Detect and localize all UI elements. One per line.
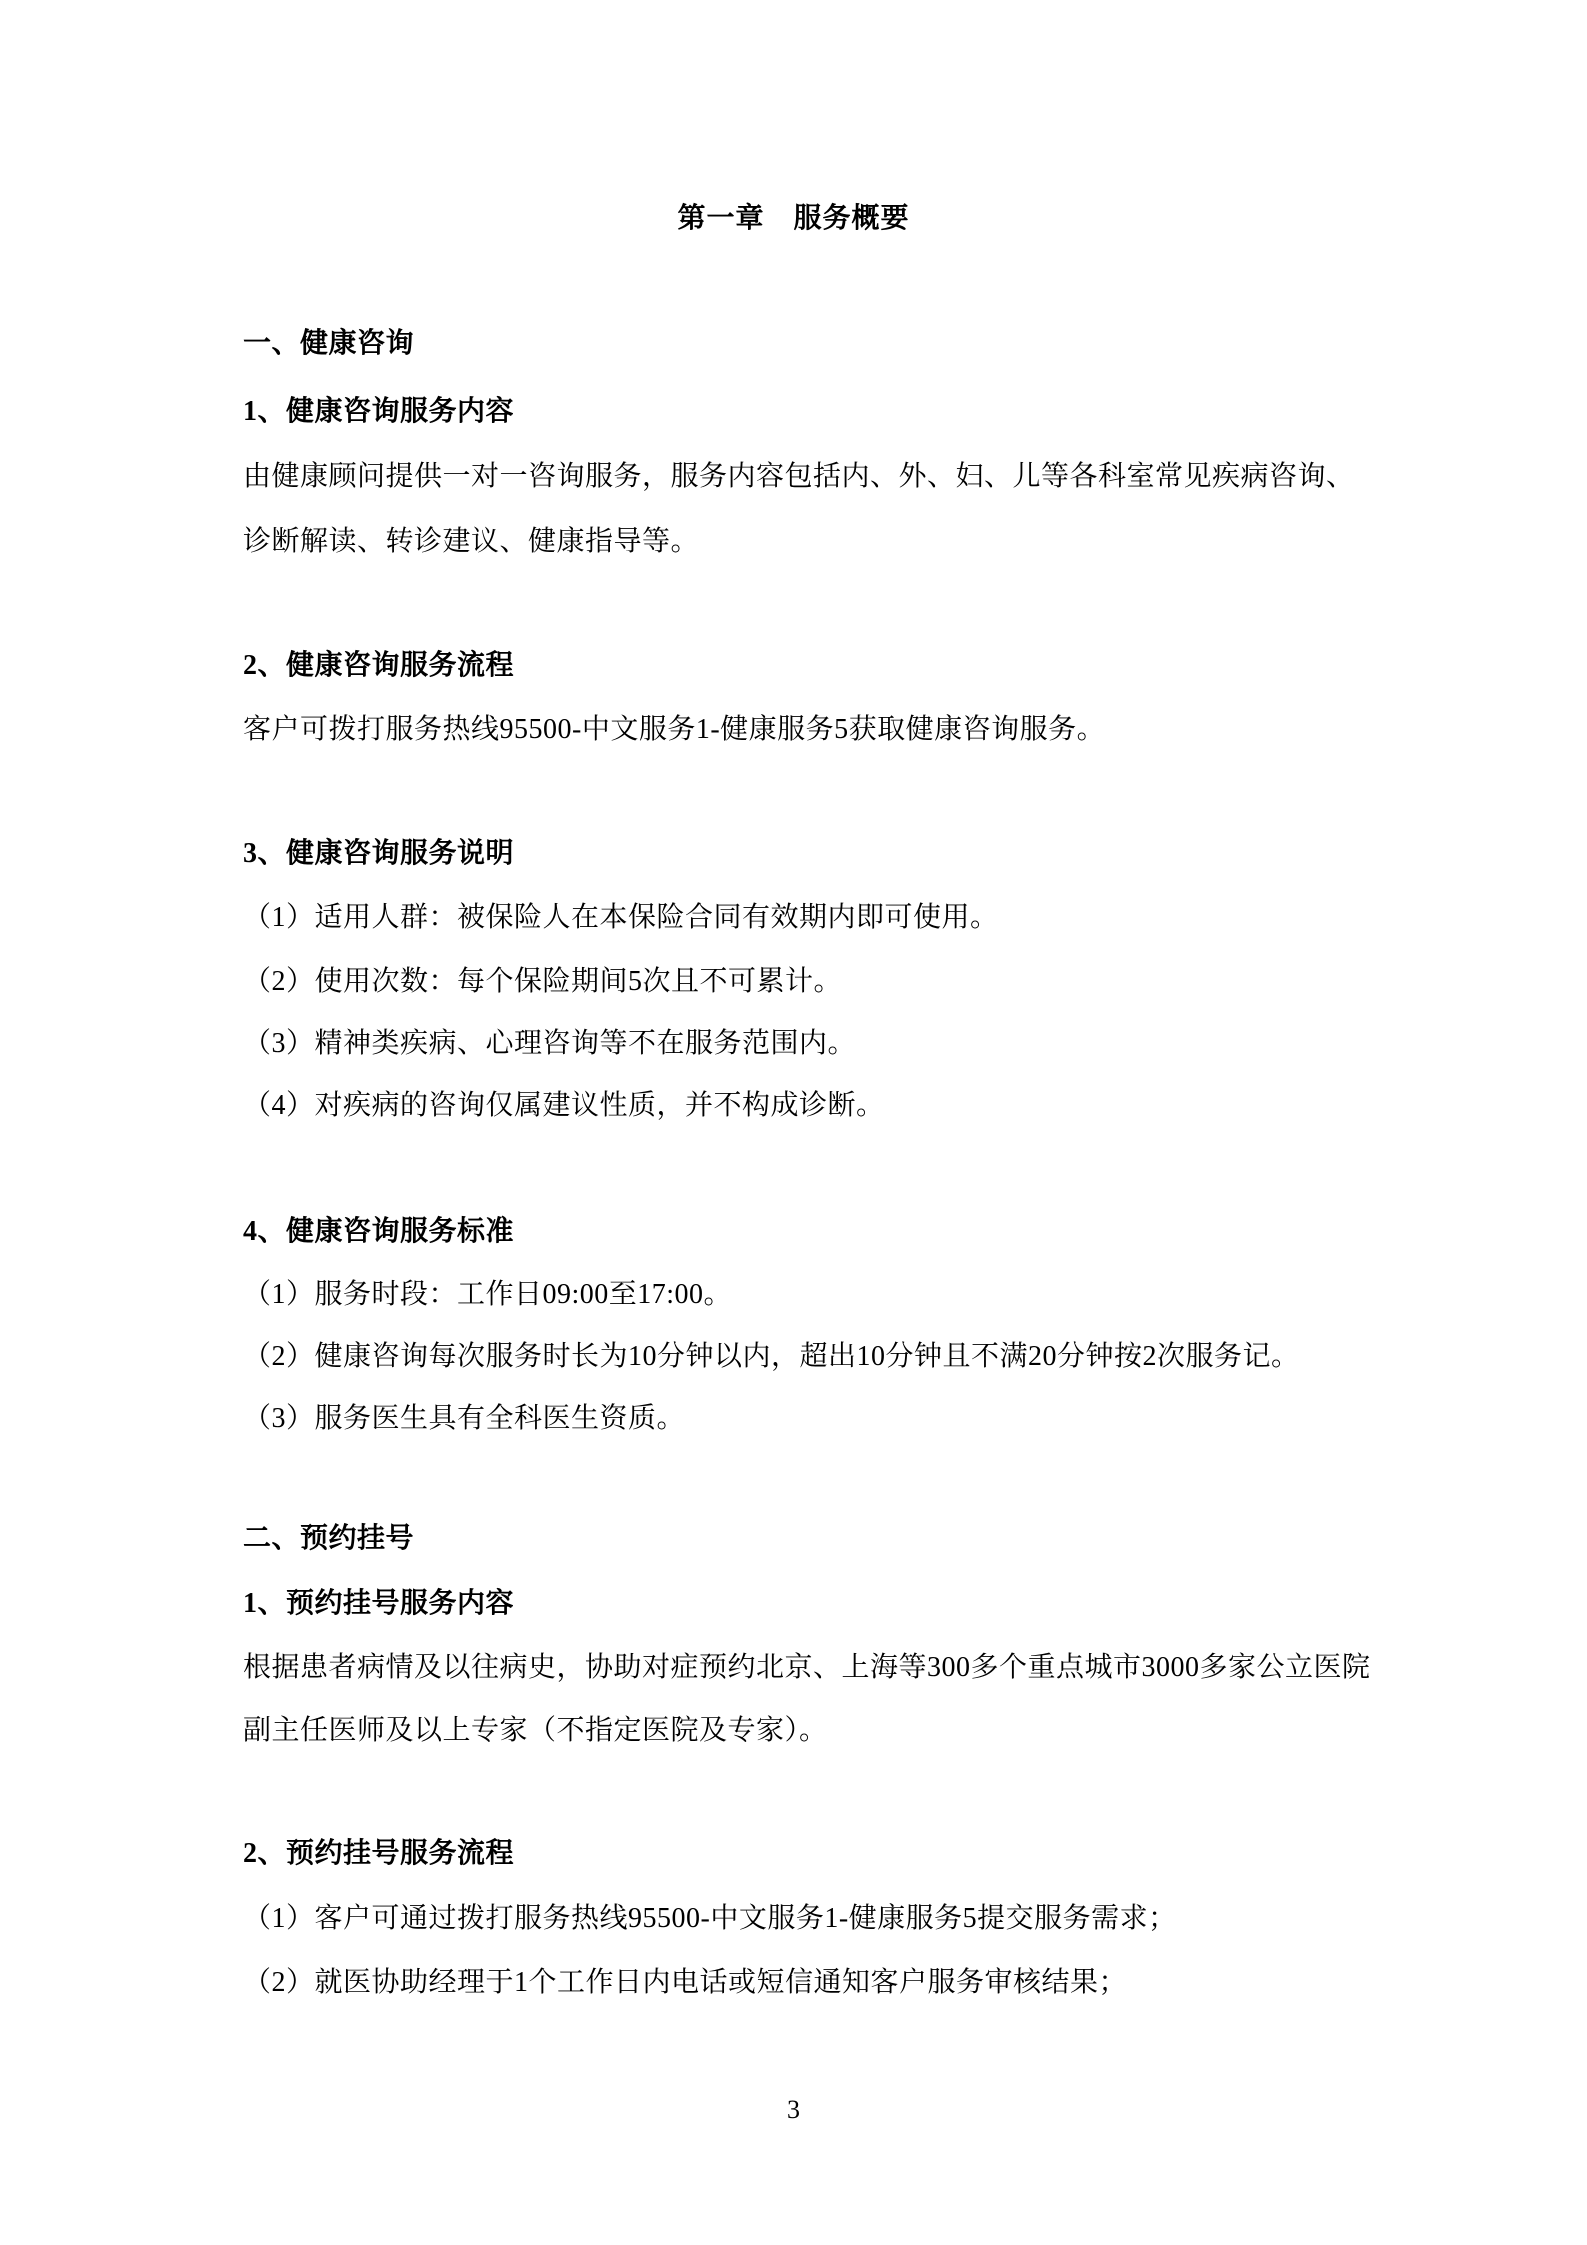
list-item: （1）客户可通过拨打服务热线95500-中文服务1-健康服务5提交服务需求； (243, 1900, 1487, 1938)
section-heading-appointment: 二、预约挂号 (243, 1520, 1487, 1558)
subsection-heading-consult-notes: 3、健康咨询服务说明 (243, 835, 1487, 873)
chapter-title: 第一章 服务概要 (0, 200, 1587, 238)
paragraph-line: 由健康顾问提供一对一咨询服务，服务内容包括内、外、妇、儿等各科室常见疾病咨询、 (243, 458, 1487, 496)
page-number: 3 (0, 2091, 1587, 2129)
list-item: （1）适用人群：被保险人在本保险合同有效期内即可使用。 (243, 899, 1487, 937)
subsection-heading-consult-process: 2、健康咨询服务流程 (243, 647, 1487, 685)
paragraph-line: 根据患者病情及以往病史，协助对症预约北京、上海等300多个重点城市3000多家公… (243, 1649, 1487, 1687)
list-item: （4）对疾病的咨询仅属建议性质，并不构成诊断。 (243, 1087, 1487, 1125)
subsection-heading-consult-content: 1、健康咨询服务内容 (243, 393, 1487, 431)
list-item: （2）使用次数：每个保险期间5次且不可累计。 (243, 963, 1487, 1001)
document-page: 第一章 服务概要 一、健康咨询 1、健康咨询服务内容 由健康顾问提供一对一咨询服… (0, 0, 1587, 2245)
subsection-heading-appointment-content: 1、预约挂号服务内容 (243, 1585, 1487, 1623)
list-item: （2）健康咨询每次服务时长为10分钟以内，超出10分钟且不满20分钟按2次服务记… (243, 1338, 1487, 1376)
paragraph-line: 副主任医师及以上专家（不指定医院及专家）。 (243, 1712, 1487, 1750)
list-item: （1）服务时段：工作日09:00至17:00。 (243, 1276, 1487, 1314)
subsection-heading-appointment-process: 2、预约挂号服务流程 (243, 1835, 1487, 1873)
paragraph-line: 诊断解读、转诊建议、健康指导等。 (243, 523, 1487, 561)
section-heading-health-consult: 一、健康咨询 (243, 325, 1487, 363)
list-item: （2）就医协助经理于1个工作日内电话或短信通知客户服务审核结果； (243, 1964, 1487, 2002)
list-item: （3）服务医生具有全科医生资质。 (243, 1400, 1487, 1438)
list-item: （3）精神类疾病、心理咨询等不在服务范围内。 (243, 1025, 1487, 1063)
subsection-heading-consult-standard: 4、健康咨询服务标准 (243, 1213, 1487, 1251)
paragraph-line: 客户可拨打服务热线95500-中文服务1-健康服务5获取健康咨询服务。 (243, 711, 1487, 749)
